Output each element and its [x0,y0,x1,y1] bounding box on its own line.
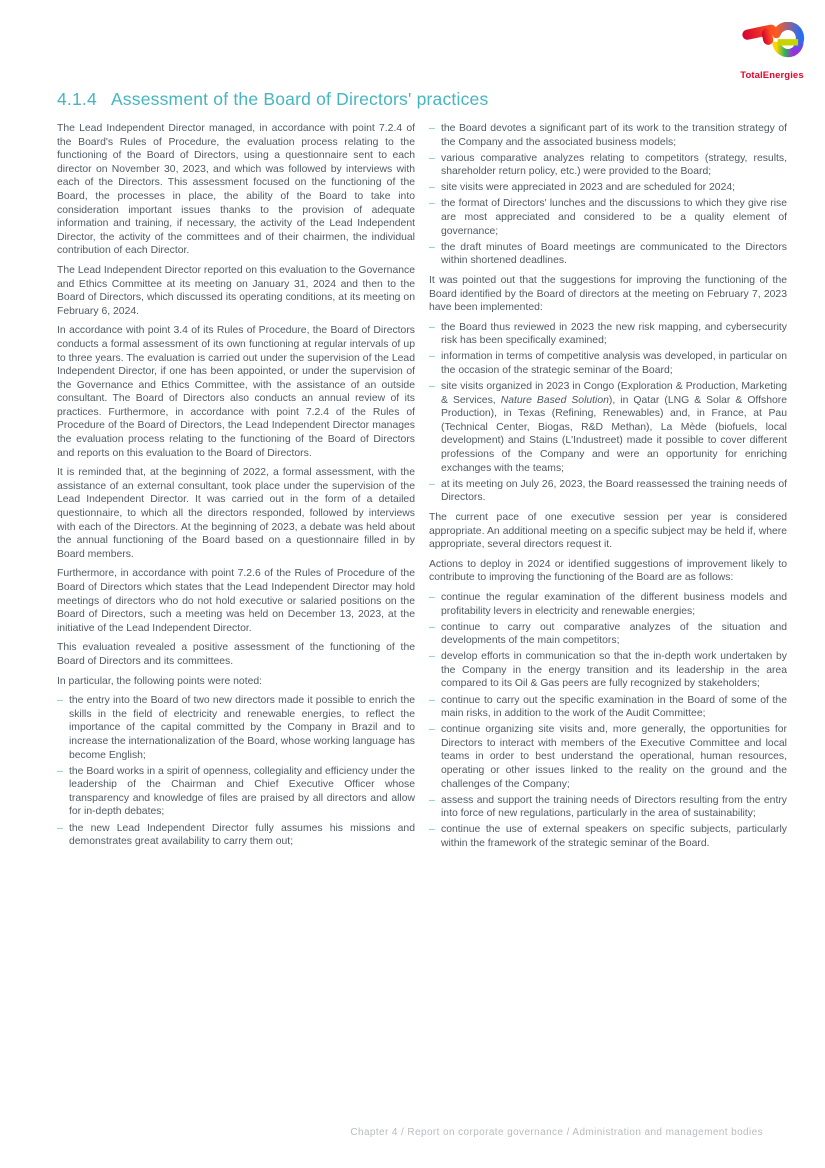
bullet-text: information in terms of competitive anal… [441,351,787,376]
bullet-item: –assess and support the training needs o… [429,794,787,821]
paragraph: It was pointed out that the suggestions … [429,274,787,315]
bullet-text: at its meeting on July 26, 2023, the Boa… [441,479,787,504]
bullet-text: the draft minutes of Board meetings are … [441,242,787,267]
bullet-item: –site visits were appreciated in 2023 an… [429,181,787,195]
dash-bullet-icon: – [429,723,435,737]
bullet-item: –the entry into the Board of two new dir… [57,694,415,762]
bullet-list: –the entry into the Board of two new dir… [57,694,415,849]
paragraph: This evaluation revealed a positive asse… [57,641,415,668]
bullet-item: –site visits organized in 2023 in Congo … [429,380,787,475]
paragraph: Furthermore, in accordance with point 7.… [57,567,415,635]
dash-bullet-icon: – [429,823,435,837]
bullet-text: the Board devotes a significant part of … [441,123,787,148]
dash-bullet-icon: – [57,822,63,836]
paragraph: In accordance with point 3.4 of its Rule… [57,324,415,460]
dash-bullet-icon: – [57,765,63,779]
paragraph: The Lead Independent Director managed, i… [57,122,415,258]
dash-bullet-icon: – [429,621,435,635]
bullet-text: continue the use of external speakers on… [441,824,787,849]
bullet-item: –the Board works in a spirit of openness… [57,765,415,819]
dash-bullet-icon: – [429,380,435,394]
dash-bullet-icon: – [429,350,435,364]
bullet-item: –the Board thus reviewed in 2023 the new… [429,321,787,348]
dash-bullet-icon: – [429,478,435,492]
section-number: 4.1.4 [57,89,97,110]
bullet-item: –continue the regular examination of the… [429,591,787,618]
bullet-item: –the Board devotes a significant part of… [429,122,787,149]
totalenergies-logo-icon [737,22,807,64]
bullet-item: –at its meeting on July 26, 2023, the Bo… [429,478,787,505]
dash-bullet-icon: – [429,197,435,211]
document-page: TotalEnergies 4.1.4 Assessment of the Bo… [0,0,825,1168]
dash-bullet-icon: – [429,122,435,136]
paragraph: The Lead Independent Director reported o… [57,264,415,318]
bullet-item: –continue organizing site visits and, mo… [429,723,787,791]
bullet-text: the new Lead Independent Director fully … [69,823,415,848]
dash-bullet-icon: – [429,241,435,255]
page-footer: Chapter 4 / Report on corporate governan… [350,1127,763,1138]
bullet-text: continue the regular examination of the … [441,592,787,617]
bullet-text: the Board works in a spirit of openness,… [69,766,415,818]
bullet-list: –continue the regular examination of the… [429,591,787,851]
paragraph: The current pace of one executive sessio… [429,511,787,552]
bullet-item: –develop efforts in communication so tha… [429,650,787,691]
bullet-list: –the Board devotes a significant part of… [429,122,787,268]
dash-bullet-icon: – [429,181,435,195]
dash-bullet-icon: – [57,694,63,708]
bullet-item: –continue the use of external speakers o… [429,823,787,850]
bullet-text: continue organizing site visits and, mor… [441,724,787,789]
bullet-text: the format of Directors' lunches and the… [441,198,787,236]
paragraph: In particular, the following points were… [57,675,415,689]
totalenergies-wordmark: TotalEnergies [731,70,813,81]
bullet-item: –information in terms of competitive ana… [429,350,787,377]
dash-bullet-icon: – [429,794,435,808]
bullet-text: develop efforts in communication so that… [441,651,787,689]
dash-bullet-icon: – [429,591,435,605]
bullet-text: the Board thus reviewed in 2023 the new … [441,322,787,347]
section-heading: 4.1.4 Assessment of the Board of Directo… [57,89,787,110]
bullet-item: –various comparative analyzes relating t… [429,152,787,179]
bullet-item: –the format of Directors' lunches and th… [429,197,787,238]
totalenergies-logo: TotalEnergies [731,22,813,81]
paragraph: It is reminded that, at the beginning of… [57,466,415,561]
bullet-text: site visits organized in 2023 in Congo (… [441,381,787,474]
bullet-item: –the new Lead Independent Director fully… [57,822,415,849]
dash-bullet-icon: – [429,321,435,335]
right-column: –the Board devotes a significant part of… [429,122,787,857]
dash-bullet-icon: – [429,694,435,708]
paragraph: Actions to deploy in 2024 or identified … [429,558,787,585]
bullet-text: various comparative analyzes relating to… [441,153,787,178]
bullet-item: –continue to carry out comparative analy… [429,621,787,648]
bullet-item: –continue to carry out the specific exam… [429,694,787,721]
bullet-item: –the draft minutes of Board meetings are… [429,241,787,268]
dash-bullet-icon: – [429,152,435,166]
dash-bullet-icon: – [429,650,435,664]
bullet-text: continue to carry out the specific exami… [441,695,787,720]
two-column-text: The Lead Independent Director managed, i… [57,122,787,857]
bullet-text: assess and support the training needs of… [441,795,787,820]
bullet-text: site visits were appreciated in 2023 and… [441,182,735,193]
left-column: The Lead Independent Director managed, i… [57,122,415,857]
bullet-list: –the Board thus reviewed in 2023 the new… [429,321,787,505]
section-title: Assessment of the Board of Directors' pr… [111,89,488,110]
bullet-text: the entry into the Board of two new dire… [69,695,415,760]
bullet-text: continue to carry out comparative analyz… [441,622,787,647]
